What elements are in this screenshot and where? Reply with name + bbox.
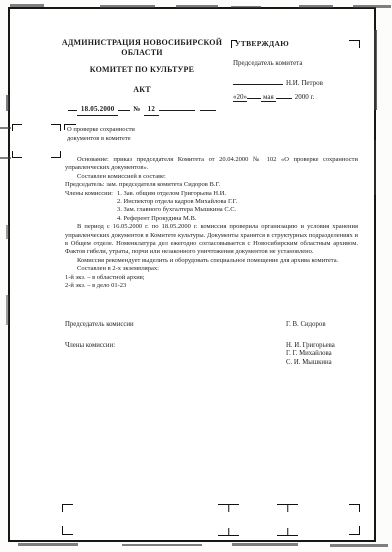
document-date: 18.05.2000 xyxy=(77,105,119,116)
fold-mark-top-icon xyxy=(277,504,298,512)
number-sign: № xyxy=(133,105,140,115)
member-item: 4. Референт Прокудина М.В. xyxy=(117,215,237,223)
crop-mark-top-right-icon xyxy=(349,504,360,512)
approval-month: мая xyxy=(261,93,276,102)
member-signature-name: С. И. Мышкина xyxy=(286,359,358,368)
scan-smudge xyxy=(231,6,261,8)
inspection-paragraph: В период с 16.05.2000 г. по 18.05.2000 г… xyxy=(65,223,358,257)
underline-segment xyxy=(159,103,195,111)
chairman-signature-name: Г. В. Сидоров xyxy=(286,321,358,330)
scan-smudge xyxy=(122,544,202,546)
scan-smudge xyxy=(6,95,9,111)
members-signature-names: Н. И. Григорьева Г. Г. Михайлова С. И. М… xyxy=(286,342,358,368)
underline-segment xyxy=(200,103,216,111)
underline-segment xyxy=(276,91,292,99)
document-number: 12 xyxy=(144,105,159,116)
scan-smudge xyxy=(374,30,377,110)
copy-destination-1: 1-й экз. – в областной архив; xyxy=(65,274,358,282)
scan-smudge xyxy=(10,4,44,7)
chairman-signature-label: Председатель комиссии xyxy=(65,321,134,330)
scan-smudge xyxy=(18,543,78,546)
chairman-signature-row: Председатель комиссии Г. В. Сидоров xyxy=(65,321,358,330)
fold-mark-bottom-icon xyxy=(218,527,239,536)
scan-smudge xyxy=(6,225,9,239)
document-date-number-line: 18.05.2000№12 xyxy=(52,103,232,116)
copies-label: Составлен в 2-х экземплярах: xyxy=(65,265,358,273)
crop-mark-bottom-right-icon xyxy=(349,526,360,535)
approval-day: «20» xyxy=(233,93,247,102)
scanned-document-page: { "header": { "org_line1": "АДМИНИСТРАЦИ… xyxy=(0,0,392,552)
scan-smudge xyxy=(232,543,298,546)
document-body: Основание: приказ председателя Комитета … xyxy=(65,156,358,291)
member-items: 1. Зав. общим отделом Григорьева Н.И. 2.… xyxy=(117,190,237,224)
fold-mark-top-icon xyxy=(218,504,239,512)
fold-mark-bottom-icon xyxy=(277,527,298,536)
member-item: 3. Зам. главного бухгалтера Мышкина С.С. xyxy=(117,206,237,214)
members-signature-row: Члены комиссии: Н. И. Григорьева Г. Г. М… xyxy=(65,342,358,368)
approval-year: 2000 г. xyxy=(295,93,315,101)
composed-line: Составлен комиссией в составе: xyxy=(65,173,358,181)
crop-mark-top-left-icon xyxy=(62,504,73,512)
document-subject: О проверке сохранности документов в коми… xyxy=(67,126,187,143)
org-name-line1: АДМИНИСТРАЦИЯ НОВОСИБИРСКОЙ xyxy=(52,38,232,48)
member-signature-name: Г. Г. Михайлова xyxy=(286,350,358,359)
subject-line2: документов в комитете xyxy=(67,135,187,144)
scan-smudge xyxy=(100,5,155,8)
member-item: 1. Зав. общим отделом Григорьева Н.И. xyxy=(117,190,237,198)
commission-chairman-line: Председатель: зам. председателя комитета… xyxy=(65,181,358,189)
subject-line1: О проверке сохранности xyxy=(67,126,187,135)
underline-segment xyxy=(118,103,130,111)
signature-underline xyxy=(233,77,283,85)
approval-label: УТВЕРЖДАЮ xyxy=(233,39,363,48)
members-signature-label: Члены комиссии: xyxy=(65,342,115,351)
crop-mark-top-left-icon xyxy=(12,124,22,131)
approval-date-line: «20»мая2000 г. xyxy=(233,91,363,102)
member-item: 2. Инспектор отдела кадров Михайлова Г.Г… xyxy=(117,198,237,206)
issuing-org-block: АДМИНИСТРАЦИЯ НОВОСИБИРСКОЙ ОБЛАСТИ КОМИ… xyxy=(52,38,232,116)
recommendation-paragraph: Комиссия рекомендует выделить и оборудов… xyxy=(65,257,358,265)
approver-signature-line: Н.И. Петров xyxy=(233,77,363,87)
underline-segment xyxy=(68,103,77,111)
scan-smudge xyxy=(0,157,11,159)
basis-paragraph: Основание: приказ председателя Комитета … xyxy=(65,156,358,173)
scan-smudge xyxy=(0,127,11,129)
copy-destination-2: 2-й экз. – в дело 01-23 xyxy=(65,282,358,290)
signatures-block: Председатель комиссии Г. В. Сидоров Член… xyxy=(65,321,358,367)
approver-name: Н.И. Петров xyxy=(286,79,323,87)
underline-segment xyxy=(247,91,261,99)
scan-smudge xyxy=(330,544,388,547)
approval-block: УТВЕРЖДАЮ Председатель комитета Н.И. Пет… xyxy=(233,39,363,102)
crop-mark-bottom-left-icon xyxy=(12,151,22,158)
scan-smudge xyxy=(6,295,9,325)
commission-members-list: Члены комиссии: 1. Зав. общим отделом Гр… xyxy=(65,190,358,224)
scan-smudge xyxy=(299,5,333,8)
approver-title: Председатель комитета xyxy=(233,59,363,67)
crop-mark-bottom-left-icon xyxy=(62,526,73,535)
document-type: АКТ xyxy=(52,85,232,95)
crop-mark-top-right-icon xyxy=(51,124,61,131)
crop-mark-bottom-right-icon xyxy=(51,151,61,158)
scan-smudge xyxy=(176,5,218,8)
member-signature-name: Н. И. Григорьева xyxy=(286,342,358,351)
members-label: Члены комиссии: xyxy=(65,190,117,224)
org-name-line2: ОБЛАСТИ xyxy=(52,48,232,58)
scan-smudge xyxy=(374,140,376,195)
scan-smudge xyxy=(353,5,391,8)
org-department: КОМИТЕТ ПО КУЛЬТУРЕ xyxy=(52,65,232,75)
